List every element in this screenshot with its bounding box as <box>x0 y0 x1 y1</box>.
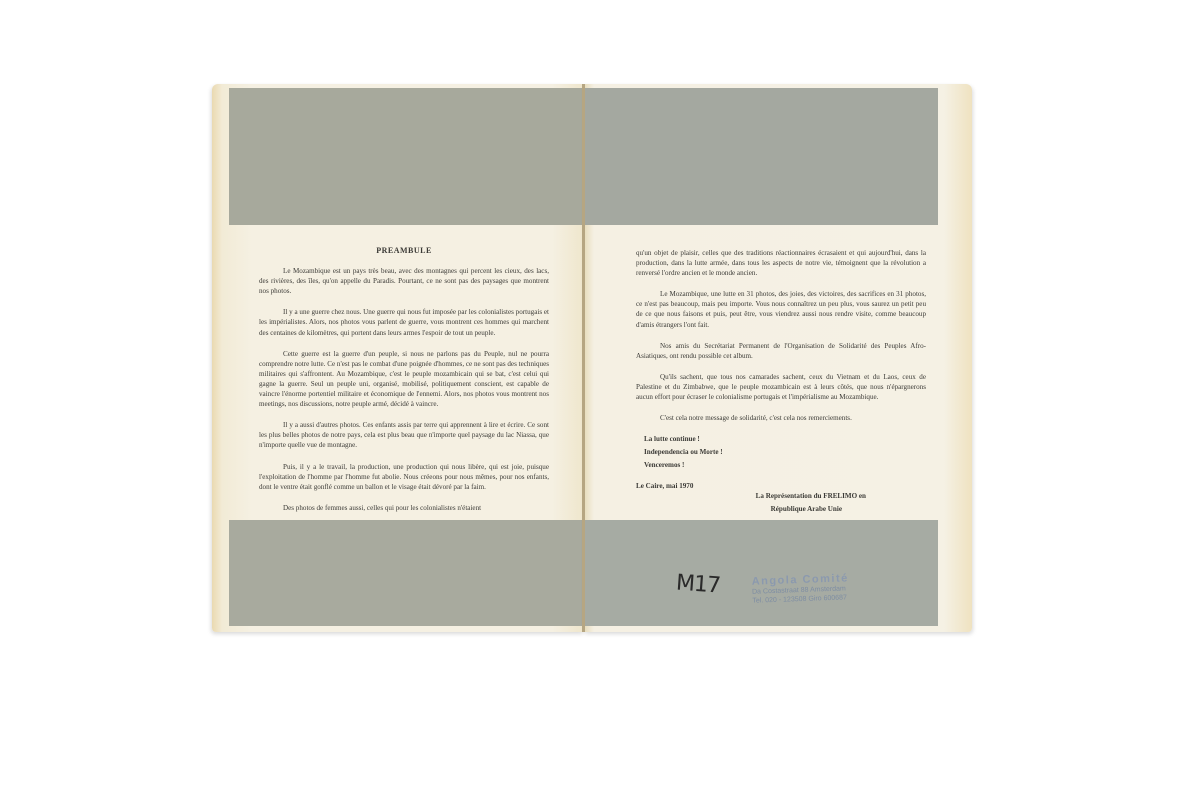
paragraph: Il y a aussi d'autres photos. Ces enfant… <box>259 420 549 450</box>
paragraph: Le Mozambique est un pays très beau, ave… <box>259 266 549 296</box>
top-photo-band <box>229 88 583 225</box>
slogan: La lutte continue ! <box>644 434 926 444</box>
preamble-text: PREAMBULE Le Mozambique est un pays très… <box>259 246 549 524</box>
paragraph: qu'un objet de plaisir, celles que des t… <box>636 248 926 278</box>
top-photo-band <box>584 88 938 225</box>
page-title: PREAMBULE <box>259 246 549 256</box>
paragraph: Il y a une guerre chez nous. Une guerre … <box>259 307 549 337</box>
left-page: PREAMBULE Le Mozambique est un pays très… <box>212 84 584 632</box>
slogan: Venceremos ! <box>644 460 926 470</box>
signature-line: République Arabe Unie <box>636 504 926 514</box>
handwritten-code: M17 <box>675 570 721 598</box>
spine-gutter <box>582 84 585 632</box>
slogan: Independencia ou Morte ! <box>644 447 926 457</box>
paragraph: Qu'ils sachent, que tous nos camarades s… <box>636 372 926 402</box>
continued-text: qu'un objet de plaisir, celles que des t… <box>636 248 926 514</box>
right-page: qu'un objet de plaisir, celles que des t… <box>584 84 972 632</box>
paragraph: Cette guerre est la guerre d'un peuple, … <box>259 349 549 410</box>
paragraph: Des photos de femmes aussi, celles qui p… <box>259 503 549 513</box>
signature-line: La Représentation du FRELIMO en <box>636 491 926 501</box>
bottom-photo-band <box>584 520 938 626</box>
library-stamp: Angola Comité Da Costastraat 88 Amsterda… <box>752 572 850 605</box>
paragraph: Nos amis du Secrétariat Permanent de l'O… <box>636 341 926 361</box>
paragraph: Le Mozambique, une lutte en 31 photos, d… <box>636 289 926 329</box>
open-booklet: PREAMBULE Le Mozambique est un pays très… <box>212 84 972 632</box>
place-date: Le Caire, mai 1970 <box>636 481 926 491</box>
slogans: La lutte continue ! Independencia ou Mor… <box>636 434 926 470</box>
paragraph: Puis, il y a le travail, la production, … <box>259 462 549 492</box>
paragraph: C'est cela notre message de solidarité, … <box>636 413 926 423</box>
bottom-photo-band <box>229 520 583 626</box>
